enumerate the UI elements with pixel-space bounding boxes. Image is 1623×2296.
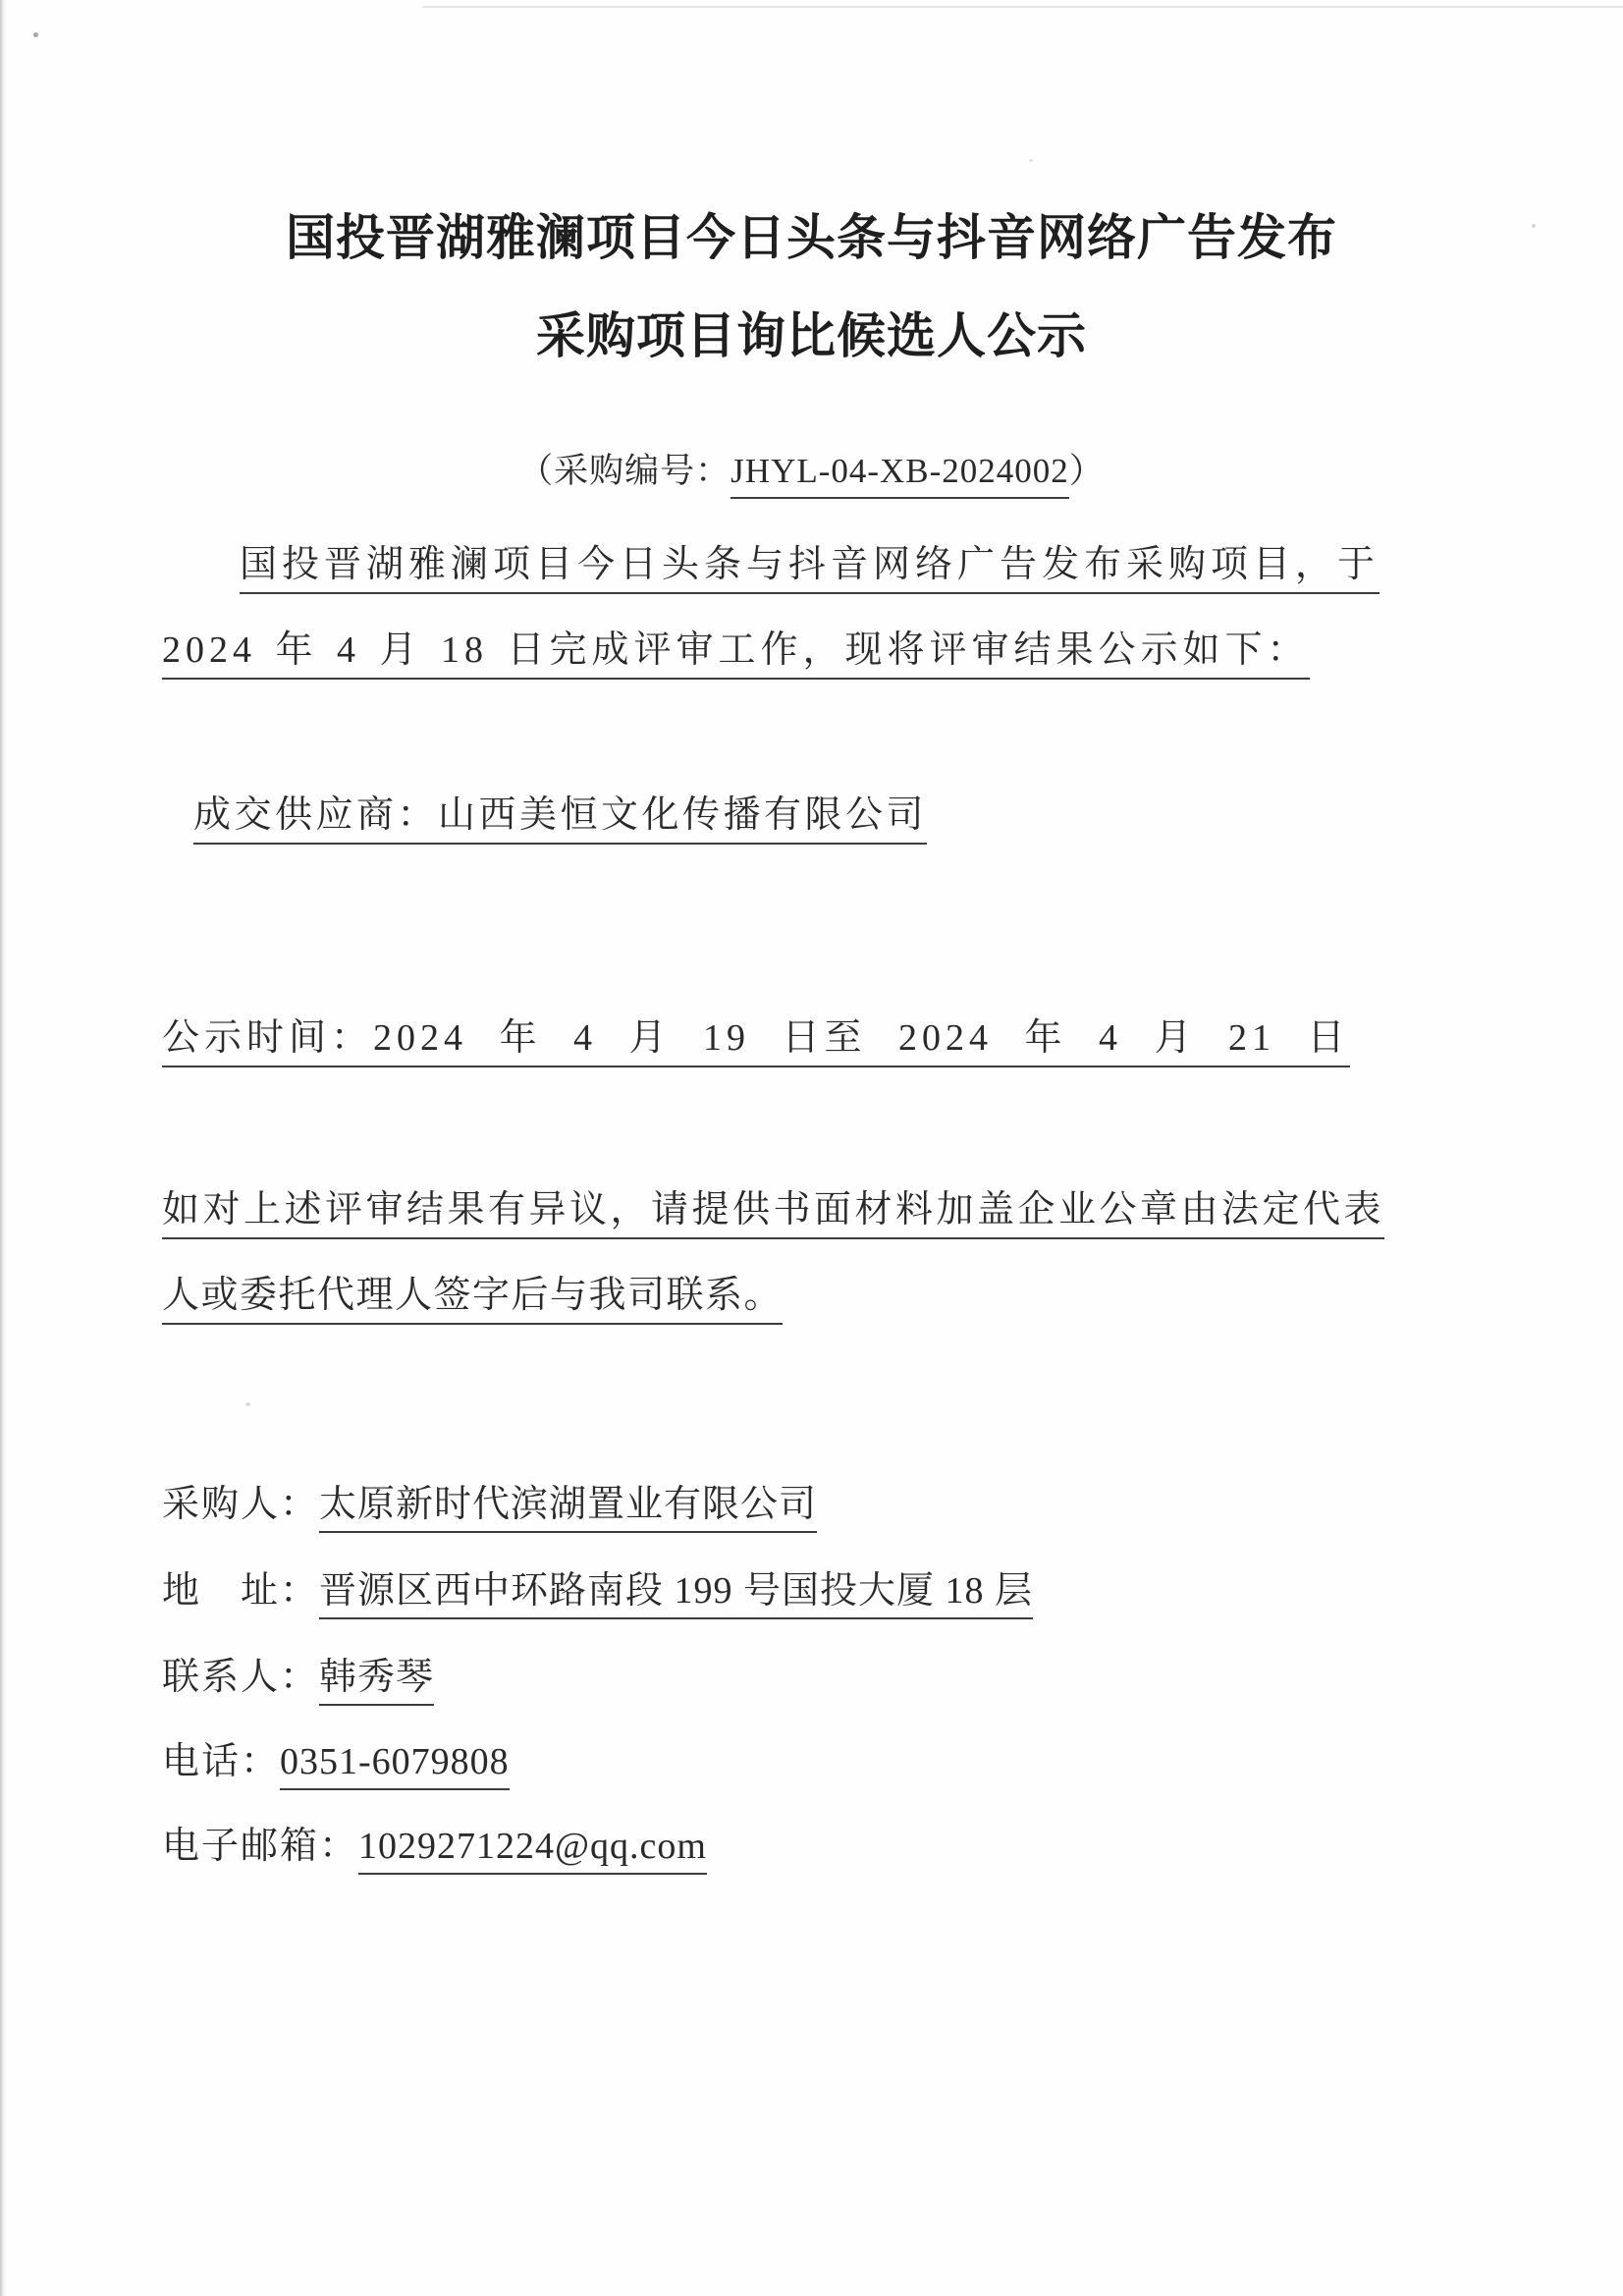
document-title-line2: 采购项目询比候选人公示 — [0, 297, 1623, 367]
phone-label: 电话： — [162, 1741, 280, 1782]
email-value: 1029271224@qq.com — [358, 1826, 707, 1875]
purchaser-label: 采购人： — [162, 1484, 319, 1525]
purchaser-value: 太原新时代滨湖置业有限公司 — [319, 1484, 817, 1533]
scan-edge-top — [422, 6, 1623, 8]
scan-speck — [245, 1402, 250, 1406]
objection-line2: 人或委托代理人签字后与我司联系。 — [162, 1264, 783, 1318]
contact-row-purchaser: 采购人：太原新时代滨湖置业有限公司 — [162, 1473, 817, 1527]
address-value: 晋源区西中环路南段 199 号国投大厦 18 层 — [319, 1570, 1033, 1619]
contact-person-value: 韩秀琴 — [319, 1657, 434, 1706]
intro-paragraph-line2-text: 2024 年 4 月 18 日完成评审工作，现将评审结果公示如下： — [162, 629, 1310, 680]
contact-row-email: 电子邮箱：1029271224@qq.com — [162, 1815, 707, 1869]
publicity-period-text: 公示时间：2024 年 4 月 19 日至 2024 年 4 月 21 日 — [162, 1017, 1350, 1067]
publicity-period-line: 公示时间：2024 年 4 月 19 日至 2024 年 4 月 21 日 — [162, 1007, 1350, 1061]
contact-row-contact-person: 联系人：韩秀琴 — [162, 1646, 434, 1700]
scanned-document-page: 国投晋湖雅澜项目今日头条与抖音网络广告发布 采购项目询比候选人公示 （采购编号：… — [0, 0, 1623, 2296]
scan-speck — [1029, 159, 1033, 162]
address-label: 地 址： — [162, 1570, 319, 1612]
procurement-code-suffix: ） — [1069, 452, 1105, 490]
document-title-line1: 国投晋湖雅澜项目今日头条与抖音网络广告发布 — [0, 198, 1623, 269]
intro-paragraph-line1: 国投晋湖雅澜项目今日头条与抖音网络广告发布采购项目，于 — [167, 533, 1380, 587]
contact-person-label: 联系人： — [162, 1657, 319, 1698]
objection-line1: 如对上述评审结果有异议，请提供书面材料加盖企业公章由法定代表 — [162, 1178, 1384, 1232]
procurement-code-prefix: （采购编号： — [518, 452, 730, 490]
supplier-line: 成交供应商：山西美恒文化传播有限公司 — [193, 784, 927, 838]
supplier-line-text: 成交供应商：山西美恒文化传播有限公司 — [193, 794, 927, 845]
email-label: 电子邮箱： — [162, 1826, 358, 1867]
objection-line1-text: 如对上述评审结果有异议，请提供书面材料加盖企业公章由法定代表 — [162, 1189, 1384, 1239]
objection-line2-text: 人或委托代理人签字后与我司联系。 — [162, 1275, 783, 1325]
scan-speck — [33, 32, 38, 37]
contact-row-address: 地 址：晋源区西中环路南段 199 号国投大厦 18 层 — [162, 1559, 1033, 1613]
intro-paragraph-line1-text: 国投晋湖雅澜项目今日头条与抖音网络广告发布采购项目，于 — [240, 544, 1380, 594]
contact-row-phone: 电话：0351-6079808 — [162, 1730, 510, 1784]
procurement-code-value: JHYL-04-XB-2024002 — [730, 452, 1069, 499]
phone-value: 0351-6079808 — [280, 1741, 510, 1790]
intro-paragraph-line2: 2024 年 4 月 18 日完成评审工作，现将评审结果公示如下： — [162, 619, 1310, 673]
procurement-code-line: （采购编号：JHYL-04-XB-2024002） — [0, 444, 1623, 493]
